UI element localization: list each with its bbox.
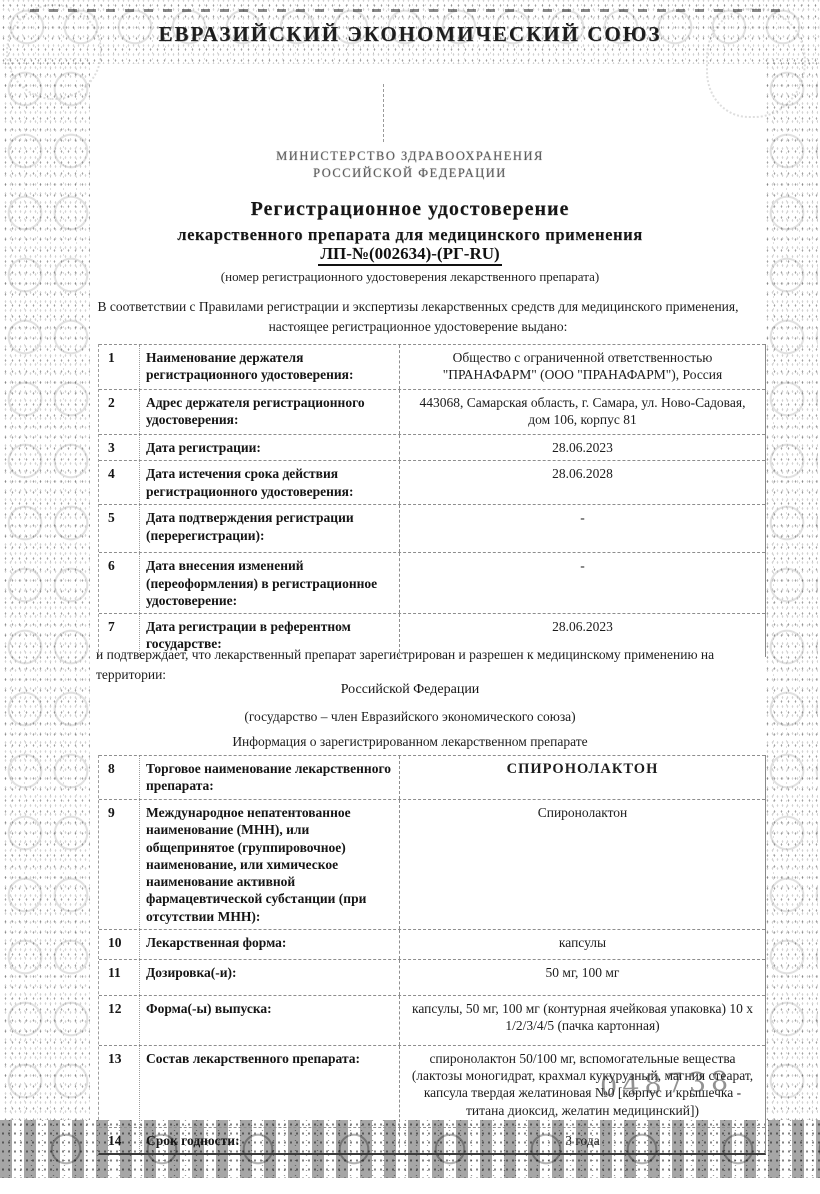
table-row: 12 Форма(-ы) выпуска: капсулы, 50 мг, 10… bbox=[99, 995, 765, 1045]
table-row: 6 Дата внесения изменений (переоформлени… bbox=[99, 552, 765, 613]
table-row: 9 Международное непатентованное наименов… bbox=[99, 799, 765, 929]
intro-paragraph: В соответствии с Правилами регистрации и… bbox=[88, 297, 748, 336]
row-value: 50 мг, 100 мг bbox=[399, 960, 765, 995]
row-label: Лекарственная форма: bbox=[139, 930, 399, 959]
row-label: Дата внесения изменений (переоформления)… bbox=[139, 553, 399, 613]
row-value: капсулы bbox=[399, 930, 765, 959]
row-label: Дозировка(-и): bbox=[139, 960, 399, 995]
ministry-name: МИНИСТЕРСТВО ЗДРАВООХРАНЕНИЯ РОССИЙСКОЙ … bbox=[0, 148, 820, 182]
table-row: 3 Дата регистрации: 28.06.2023 bbox=[99, 434, 765, 460]
table-row: 4 Дата истечения срока действия регистра… bbox=[99, 460, 765, 504]
row-label: Срок годности: bbox=[139, 1128, 399, 1153]
row-value: капсулы, 50 мг, 100 мг (контурная ячейко… bbox=[399, 996, 765, 1045]
row-number: 1 bbox=[99, 345, 139, 389]
drug-info-heading: Информация о зарегистрированном лекарств… bbox=[0, 734, 820, 750]
table-row: 1 Наименование держателя регистрационног… bbox=[99, 344, 765, 389]
table-row: 14 Срок годности: 3 года bbox=[99, 1127, 765, 1153]
scan-dash-line bbox=[30, 9, 790, 12]
table-row: 8 Торговое наименование лекарственного п… bbox=[99, 755, 765, 799]
document-title-line-1: Регистрационное удостоверение bbox=[0, 198, 820, 221]
table-row: 10 Лекарственная форма: капсулы bbox=[99, 929, 765, 959]
row-label: Наименование держателя регистрационного … bbox=[139, 345, 399, 389]
registration-number-text: ЛП-№(002634)-(РГ-RU) bbox=[318, 244, 501, 266]
row-label: Торговое наименование лекарственного пре… bbox=[139, 756, 399, 799]
holder-info-table: 1 Наименование держателя регистрационног… bbox=[98, 344, 766, 657]
row-number: 14 bbox=[99, 1128, 139, 1153]
row-number: 10 bbox=[99, 930, 139, 959]
row-number: 8 bbox=[99, 756, 139, 799]
document-title-line-2: лекарственного препарата для медицинског… bbox=[0, 225, 820, 245]
row-number: 12 bbox=[99, 996, 139, 1045]
row-number: 13 bbox=[99, 1046, 139, 1127]
row-number: 9 bbox=[99, 800, 139, 929]
registration-number-caption: (номер регистрационного удостоверения ле… bbox=[0, 269, 820, 285]
table-row: 2 Адрес держателя регистрационного удост… bbox=[99, 389, 765, 434]
row-value: Общество с ограниченной ответственностью… bbox=[399, 345, 765, 389]
row-number: 2 bbox=[99, 390, 139, 434]
row-number: 4 bbox=[99, 461, 139, 504]
row-label: Дата регистрации: bbox=[139, 435, 399, 460]
territory-name: Российской Федерации bbox=[0, 682, 820, 698]
row-value: Спиронолактон bbox=[399, 800, 765, 929]
union-header: ЕВРАЗИЙСКИЙ ЭКОНОМИЧЕСКИЙ СОЮЗ bbox=[0, 22, 820, 47]
row-label: Международное непатентованное наименован… bbox=[139, 800, 399, 929]
row-number: 5 bbox=[99, 505, 139, 552]
row-value: СПИРОНОЛАКТОН bbox=[399, 756, 765, 799]
row-number: 11 bbox=[99, 960, 139, 995]
row-label: Дата истечения срока действия регистраци… bbox=[139, 461, 399, 504]
row-value: - bbox=[399, 505, 765, 552]
ministry-line-2: РОССИЙСКОЙ ФЕДЕРАЦИИ bbox=[0, 165, 820, 182]
row-number: 6 bbox=[99, 553, 139, 613]
row-value: 3 года bbox=[399, 1128, 765, 1153]
confirmation-paragraph: и подтверждает, что лекарственный препар… bbox=[96, 645, 768, 684]
corner-rosette-icon bbox=[6, 4, 102, 100]
row-value: 28.06.2023 bbox=[399, 435, 765, 460]
table-row: 5 Дата подтверждения регистрации (перере… bbox=[99, 504, 765, 552]
row-number: 3 bbox=[99, 435, 139, 460]
table-row: 11 Дозировка(-и): 50 мг, 100 мг bbox=[99, 959, 765, 995]
fold-crease-mark bbox=[383, 84, 384, 142]
row-label: Форма(-ы) выпуска: bbox=[139, 996, 399, 1045]
territory-caption: (государство – член Евразийского экономи… bbox=[0, 709, 820, 725]
certificate-page: { "doc": { "union_header": "ЕВРАЗИЙСКИЙ … bbox=[0, 0, 820, 1194]
ministry-line-1: МИНИСТЕРСТВО ЗДРАВООХРАНЕНИЯ bbox=[0, 148, 820, 165]
row-value: 28.06.2028 bbox=[399, 461, 765, 504]
row-value: 443068, Самарская область, г. Самара, ул… bbox=[399, 390, 765, 434]
row-label: Состав лекарственного препарата: bbox=[139, 1046, 399, 1127]
row-value: - bbox=[399, 553, 765, 613]
row-label: Адрес держателя регистрационного удостов… bbox=[139, 390, 399, 434]
registration-number: ЛП-№(002634)-(РГ-RU) bbox=[0, 244, 820, 264]
row-label: Дата подтверждения регистрации (перереги… bbox=[139, 505, 399, 552]
